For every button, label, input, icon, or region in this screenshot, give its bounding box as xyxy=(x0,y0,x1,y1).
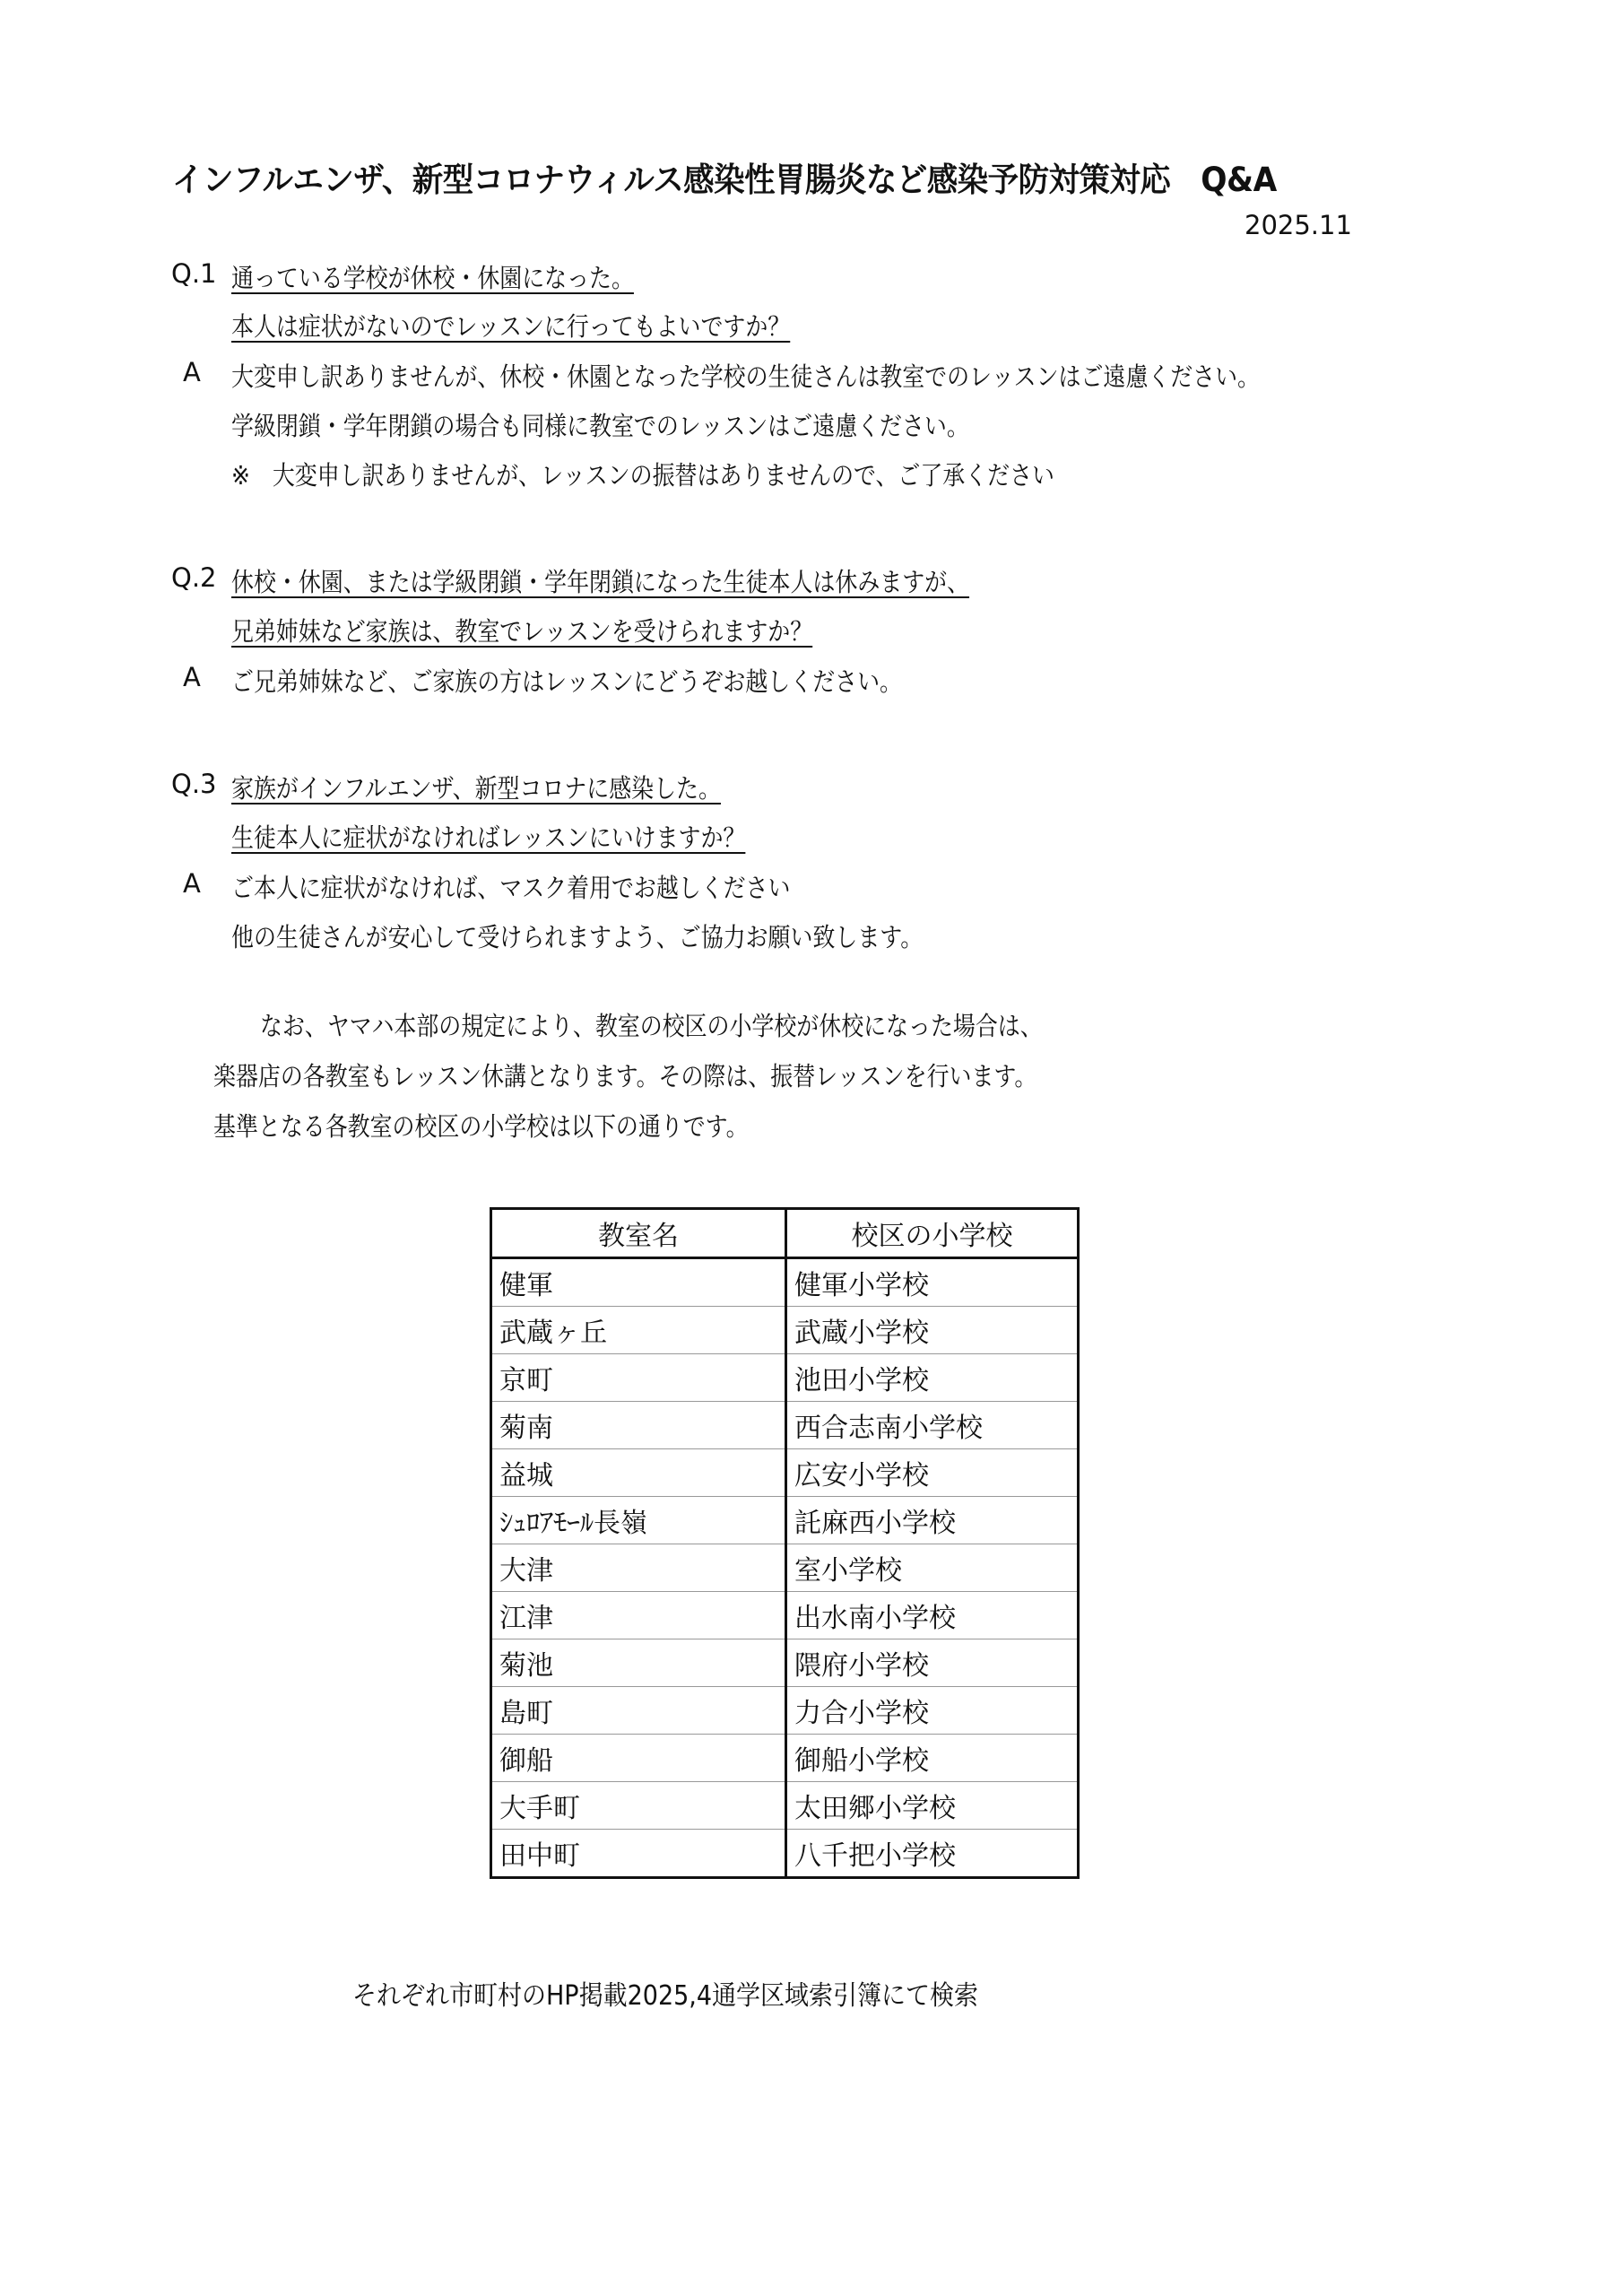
answer-label: A xyxy=(183,357,201,387)
question-line: 通っている学校が休校・休園になった。 xyxy=(231,258,634,295)
question-line: 休校・休園、または学級閉鎖・学年閉鎖になった生徒本人は休みますが、 xyxy=(231,562,969,599)
classroom-cell: 江津 xyxy=(491,1592,786,1639)
document-date: 2025.11 xyxy=(1245,210,1352,240)
classroom-cell: 大手町 xyxy=(491,1782,786,1830)
table-row: 大津室小学校 xyxy=(491,1544,1079,1592)
note-line: なお、ヤマハ本部の規定により、教室の校区の小学校が休校になった場合は、 xyxy=(260,1006,1043,1043)
note-line: 基準となる各教室の校区の小学校は以下の通りです。 xyxy=(213,1107,749,1144)
table-row: 大手町太田郷小学校 xyxy=(491,1782,1079,1830)
question-label: Q.1 xyxy=(171,258,217,289)
classroom-cell: 御船 xyxy=(491,1735,786,1782)
answer-label: A xyxy=(183,868,201,899)
school-cell: 太田郷小学校 xyxy=(786,1782,1079,1830)
table-row: 京町池田小学校 xyxy=(491,1354,1079,1402)
table-row: ｼｭﾛｱﾓｰﾙ長嶺託麻西小学校 xyxy=(491,1497,1079,1544)
classroom-cell: 益城 xyxy=(491,1449,786,1497)
table-row: 武蔵ヶ丘武蔵小学校 xyxy=(491,1307,1079,1354)
table-header-row: 教室名 校区の小学校 xyxy=(491,1209,1079,1258)
classroom-cell: 武蔵ヶ丘 xyxy=(491,1307,786,1354)
question-label: Q.3 xyxy=(171,769,217,799)
table-row: 島町力合小学校 xyxy=(491,1687,1079,1735)
classroom-cell: ｼｭﾛｱﾓｰﾙ長嶺 xyxy=(491,1497,786,1544)
answer-note: ※ 大変申し訳ありませんが、レッスンの振替はありませんので、ご了承ください xyxy=(231,456,1054,492)
question-line: 本人は症状がないのでレッスンに行ってもよいですか？ xyxy=(231,307,790,344)
classroom-cell: 島町 xyxy=(491,1687,786,1735)
school-cell: 力合小学校 xyxy=(786,1687,1079,1735)
note-line: 楽器店の各教室もレッスン休講となります。その際は、振替レッスンを行います。 xyxy=(213,1057,1037,1093)
page-title: インフルエンザ、新型コロナウィルス感染性胃腸炎など感染予防対策対応 Q&A xyxy=(172,152,1277,201)
question-line: 兄弟姉妹など家族は、教室でレッスンを受けられますか？ xyxy=(231,612,812,648)
question-line: 生徒本人に症状がなければレッスンにいけますか？ xyxy=(231,818,745,855)
school-cell: 八千把小学校 xyxy=(786,1830,1079,1878)
classroom-cell: 田中町 xyxy=(491,1830,786,1878)
classroom-cell: 健軍 xyxy=(491,1258,786,1307)
classroom-cell: 菊南 xyxy=(491,1402,786,1449)
answer-line: ご兄弟姉妹など、ご家族の方はレッスンにどうぞお越しください。 xyxy=(231,662,902,699)
table-row: 田中町八千把小学校 xyxy=(491,1830,1079,1878)
school-cell: 出水南小学校 xyxy=(786,1592,1079,1639)
answer-line: 大変申し訳ありませんが、休校・休園となった学校の生徒さんは教室でのレッスンはご遠… xyxy=(231,357,1260,394)
footer-note: それぞれ市町村のHP掲載2025,4通学区域索引簿にて検索 xyxy=(352,1973,978,2013)
column-header-classroom: 教室名 xyxy=(491,1209,786,1258)
column-header-school: 校区の小学校 xyxy=(786,1209,1079,1258)
question-label: Q.2 xyxy=(171,562,217,593)
school-cell: 池田小学校 xyxy=(786,1354,1079,1402)
classroom-cell: 大津 xyxy=(491,1544,786,1592)
table-row: 菊池隈府小学校 xyxy=(491,1639,1079,1687)
school-cell: 西合志南小学校 xyxy=(786,1402,1079,1449)
table-row: 健軍健軍小学校 xyxy=(491,1258,1079,1307)
school-cell: 隈府小学校 xyxy=(786,1639,1079,1687)
table-row: 益城広安小学校 xyxy=(491,1449,1079,1497)
school-district-table: 教室名 校区の小学校 健軍健軍小学校 武蔵ヶ丘武蔵小学校 京町池田小学校 菊南西… xyxy=(490,1207,1080,1879)
school-cell: 託麻西小学校 xyxy=(786,1497,1079,1544)
answer-line: 他の生徒さんが安心して受けられますよう、ご協力お願い致します。 xyxy=(231,918,923,954)
table-row: 菊南西合志南小学校 xyxy=(491,1402,1079,1449)
school-cell: 武蔵小学校 xyxy=(786,1307,1079,1354)
classroom-cell: 京町 xyxy=(491,1354,786,1402)
answer-line: ご本人に症状がなければ、マスク着用でお越しください xyxy=(231,868,791,905)
school-cell: 御船小学校 xyxy=(786,1735,1079,1782)
school-cell: 健軍小学校 xyxy=(786,1258,1079,1307)
school-cell: 広安小学校 xyxy=(786,1449,1079,1497)
table-row: 御船御船小学校 xyxy=(491,1735,1079,1782)
school-cell: 室小学校 xyxy=(786,1544,1079,1592)
classroom-cell: 菊池 xyxy=(491,1639,786,1687)
answer-line: 学級閉鎖・学年閉鎖の場合も同様に教室でのレッスンはご遠慮ください。 xyxy=(231,406,969,443)
answer-label: A xyxy=(183,662,201,692)
table-row: 江津出水南小学校 xyxy=(491,1592,1079,1639)
question-line: 家族がインフルエンザ、新型コロナに感染した。 xyxy=(231,769,721,805)
